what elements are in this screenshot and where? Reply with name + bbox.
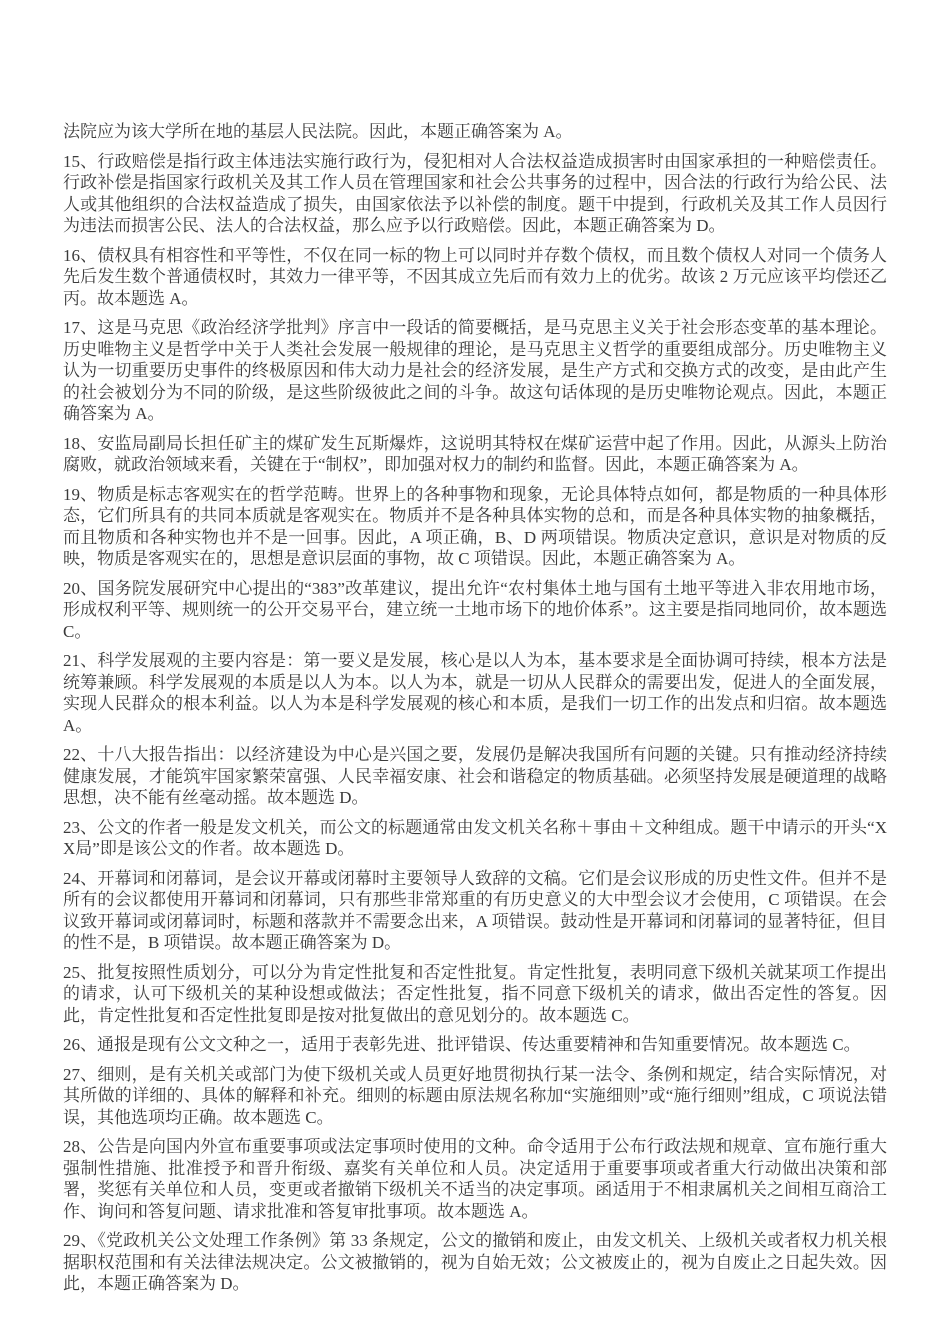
paragraph-q25: 25、批复按照性质划分，可以分为肯定性批复和否定性批复。肯定性批复，表明同意下级… xyxy=(63,962,887,1027)
paragraph-q17: 17、这是马克思《政治经济学批判》序言中一段话的简要概括，是马克思主义关于社会形… xyxy=(63,317,887,425)
paragraph-q16: 16、债权具有相容性和平等性，不仅在同一标的物上可以同时并存数个债权，而且数个债… xyxy=(63,245,887,310)
paragraph-q22: 22、十八大报告指出：以经济建设为中心是兴国之要，发展仍是解决我国所有问题的关键… xyxy=(63,744,887,809)
paragraph-continuation: 法院应为该大学所在地的基层人民法院。因此，本题正确答案为 A。 xyxy=(63,121,887,143)
paragraph-q27: 27、细则，是有关机关或部门为使下级机关或人员更好地贯彻执行某一法令、条例和规定… xyxy=(63,1064,887,1129)
paragraph-q21: 21、科学发展观的主要内容是：第一要义是发展，核心是以人为本，基本要求是全面协调… xyxy=(63,650,887,736)
paragraph-q28: 28、公告是向国内外宣布重要事项或法定事项时使用的文种。命令适用于公布行政法规和… xyxy=(63,1136,887,1222)
paragraph-q20: 20、国务院发展研究中心提出的“383”改革建议，提出允许“农村集体土地与国有土… xyxy=(63,578,887,643)
paragraph-q18: 18、安监局副局长担任矿主的煤矿发生瓦斯爆炸，这说明其特权在煤矿运营中起了作用。… xyxy=(63,433,887,476)
paragraph-q19: 19、物质是标志客观实在的哲学范畴。世界上的各种事物和现象，无论具体特点如何，都… xyxy=(63,484,887,570)
document-page: 法院应为该大学所在地的基层人民法院。因此，本题正确答案为 A。 15、行政赔偿是… xyxy=(0,0,950,1344)
paragraph-q29: 29、《党政机关公文处理工作条例》第 33 条规定，公文的撤销和废止，由发文机关… xyxy=(63,1230,887,1295)
paragraph-q15: 15、行政赔偿是指行政主体违法实施行政行为，侵犯相对人合法权益造成损害时由国家承… xyxy=(63,151,887,237)
paragraph-q24: 24、开幕词和闭幕词，是会议开幕或闭幕时主要领导人致辞的文稿。它们是会议形成的历… xyxy=(63,868,887,954)
paragraph-q23: 23、公文的作者一般是发文机关，而公文的标题通常由发文机关名称＋事由＋文种组成。… xyxy=(63,817,887,860)
paragraph-q26: 26、通报是现有公文文种之一，适用于表彰先进、批评错误、传达重要精神和告知重要情… xyxy=(63,1034,887,1056)
